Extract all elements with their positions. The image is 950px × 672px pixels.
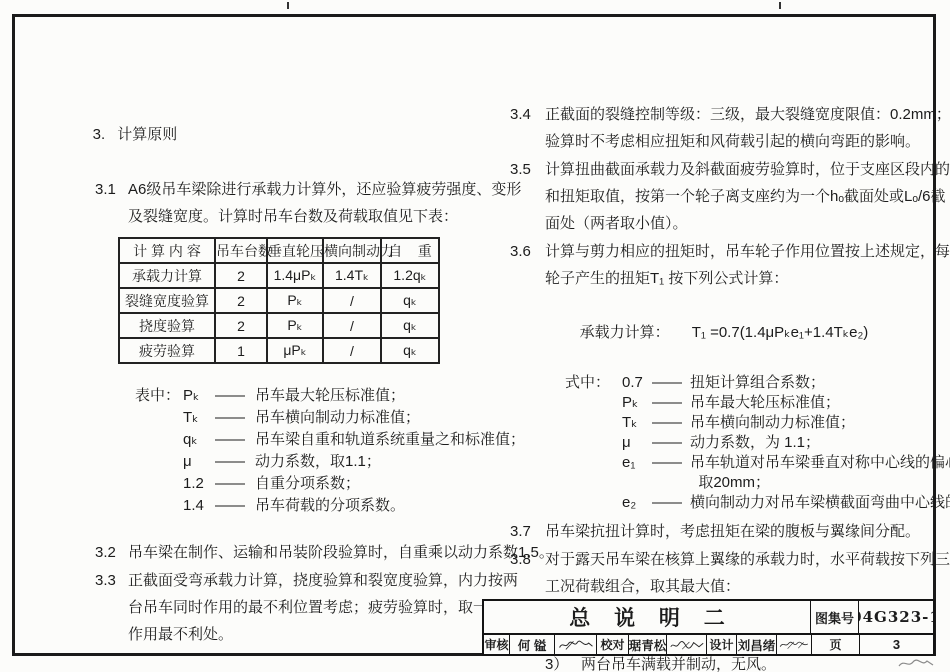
where-symbol (622, 473, 652, 493)
table-cell: 1.2qₖ (381, 263, 439, 288)
table-cell: 1.4Tₖ (323, 263, 381, 288)
atlas-number-label: 图集号 (810, 601, 858, 633)
table-header-cell: 横向制动力 (323, 238, 381, 263)
clause-number: 3.2 (95, 539, 128, 566)
legend-dash: —— (215, 429, 255, 451)
table-header-cell: 垂直轮压 (267, 238, 323, 263)
legend-text: 吊车荷载的分项系数。 (255, 495, 405, 517)
reviewer-name: 何 镒 (509, 635, 554, 654)
torque-formula: T₁ =0.7(1.4μPₖe₁+1.4Tₖe₂) (692, 324, 869, 341)
table-cell: 2 (215, 263, 267, 288)
where-symbol: μ (622, 433, 652, 453)
formula-label: 承载力计算： (580, 324, 670, 341)
table-cell: Pₖ (267, 313, 323, 338)
table-cell: 挠度验算 (119, 313, 215, 338)
clause-number: 3.7 (510, 518, 545, 545)
legend-symbol: qₖ (183, 429, 215, 451)
where-item: Tₖ —— 吊车横向制动力标准值； (622, 413, 938, 433)
where-dash: —— (652, 493, 690, 513)
clause-number: 3.6 (510, 238, 545, 292)
legend-text: 动力系数，取1.1； (255, 451, 381, 473)
where-text: 吊车轨道对吊车梁垂直对称中心线的偏心距、 (690, 453, 950, 473)
clause-number: 3.1 (95, 176, 128, 230)
title-block-top-row: 总 说 明 二 图集号 04G323-1 (484, 601, 933, 635)
registration-tick (287, 2, 289, 9)
legend-item: Tₖ —— 吊车横向制动力标准值； (183, 407, 494, 429)
where-item: Pₖ —— 吊车最大轮压标准值； (622, 393, 938, 413)
table-cell: 2 (215, 313, 267, 338)
legend-text: 自重分项系数； (255, 473, 360, 495)
text-line: 计算扭曲截面承载力及斜截面疲劳验算时，位于支座区段内的剪力 (545, 156, 938, 183)
table-header-row: 计 算 内 容吊车台数垂直轮压横向制动力自 重 (119, 238, 439, 263)
clause-3-7: 3.7 吊车梁抗扭计算时，考虑扭矩在梁的腹板与翼缘间分配。 (508, 518, 938, 545)
legend-item: Pₖ —— 吊车最大轮压标准值； (183, 385, 494, 407)
signature-scribble (778, 637, 810, 653)
where-symbol: e₂ (622, 493, 652, 513)
table-cell: 1 (215, 338, 267, 363)
where-item: μ —— 动力系数，为 1.1； (622, 433, 938, 453)
table-cell: qₖ (381, 338, 439, 363)
table-row: 挠度验算 2 Pₖ / qₖ (119, 313, 439, 338)
left-column: 3.计算原则 3.1 A6级吊车梁除进行承载力计算外，还应验算疲劳强度、变形及裂… (76, 94, 494, 648)
clause-3-6: 3.6 计算与剪力相应的扭矩时，吊车轮子作用位置按上述规定，每个轮子产生的扭矩T… (508, 238, 938, 292)
text-line: 计算与剪力相应的扭矩时，吊车轮子作用位置按上述规定，每个 (545, 238, 938, 265)
clause-text: 吊车梁抗扭计算时，考虑扭矩在梁的腹板与翼缘间分配。 (545, 518, 938, 545)
page-number: 3 (859, 635, 933, 654)
clause-number: 3.3 (95, 567, 128, 648)
legend-item: 1.2 —— 自重分项系数； (183, 473, 494, 495)
clause-3-5: 3.5 计算扭曲截面承载力及斜截面疲劳验算时，位于支座区段内的剪力和扭矩取值，按… (508, 156, 938, 237)
where-dash: —— (652, 393, 690, 413)
where-text: 横向制动力对吊车梁横截面弯曲中心线的偏心矩。 (690, 493, 950, 513)
clause-3-2: 3.2 吊车梁在制作、运输和吊装阶段验算时，自重乘以动力系数1.5。 (76, 539, 494, 566)
title-block: 总 说 明 二 图集号 04G323-1 审核 何 镒 校对 琚青松 设计 刘昌… (482, 599, 935, 656)
reviewer-signature (554, 635, 596, 654)
clause-text: 对于露天吊车梁在核算上翼缘的承载力时，水平荷载按下列三种工况荷载组合，取其最大值… (545, 546, 938, 600)
where-item: 0.7 —— 扭矩计算组合系数； (622, 373, 938, 393)
where-items: 0.7 —— 扭矩计算组合系数； Pₖ —— 吊车最大轮压标准值； Tₖ —— … (622, 373, 938, 513)
where-dash: —— (652, 373, 690, 393)
text-line: 作用最不利处。 (128, 621, 494, 648)
where-item: e₁ —— 吊车轨道对吊车梁垂直对称中心线的偏心距、 (622, 453, 938, 473)
text-line: A6级吊车梁除进行承载力计算外，还应验算疲劳强度、变形 (128, 176, 494, 203)
clause-3-8: 3.8 对于露天吊车梁在核算上翼缘的承载力时，水平荷载按下列三种工况荷载组合，取… (508, 546, 938, 600)
table-cell: 1.4μPₖ (267, 263, 323, 288)
legend-dash: —— (215, 451, 255, 473)
where-text: 取20mm； (690, 473, 770, 493)
legend-dash: —— (215, 495, 255, 517)
legend-text: 吊车横向制动力标准值； (255, 407, 420, 429)
table-row: 裂缝宽度验算 2 Pₖ / qₖ (119, 288, 439, 313)
designer-name: 刘昌绪 (736, 635, 776, 654)
title-block-bottom-row: 审核 何 镒 校对 琚青松 设计 刘昌绪 页 3 (484, 635, 933, 654)
table-row: 疲劳验算 1 μPₖ / qₖ (119, 338, 439, 363)
legend-item: 1.4 —— 吊车荷载的分项系数。 (183, 495, 494, 517)
text-line: 及裂缝宽度。计算时吊车台数及荷载取值见下表： (128, 203, 494, 230)
table-header-cell: 吊车台数 (215, 238, 267, 263)
table-cell: 疲劳验算 (119, 338, 215, 363)
load-table: 计 算 内 容吊车台数垂直轮压横向制动力自 重 承载力计算 2 1.4μPₖ 1… (118, 237, 440, 364)
clause-text: 正截面受弯承载力计算，挠度验算和裂宽度验算，内力按两台吊车同时作用的最不利位置考… (128, 567, 494, 648)
where-text: 扭矩计算组合系数； (690, 373, 825, 393)
where-dash: —— (652, 433, 690, 453)
clause-number: 3.4 (510, 101, 545, 155)
legend-items: Pₖ —— 吊车最大轮压标准值； Tₖ —— 吊车横向制动力标准值； qₖ ——… (183, 385, 494, 517)
text-line: 正截面的裂缝控制等级：三级，最大裂缝宽度限值：0.2mm； (545, 101, 938, 128)
text-line: 吊车梁抗扭计算时，考虑扭矩在梁的腹板与翼缘间分配。 (545, 518, 938, 545)
where-dash: —— (652, 413, 690, 433)
text-line: 面处（两者取小值）。 (545, 210, 938, 237)
designer-signature (776, 635, 811, 654)
table-cell: qₖ (381, 288, 439, 313)
legend-symbol: μ (183, 451, 215, 473)
table-cell: / (323, 288, 381, 313)
text-line: 和扭矩取值，按第一个轮子离支座约为一个hₒ截面处或Lₒ/6截 (545, 183, 938, 210)
where-item: e₂ —— 横向制动力对吊车梁横截面弯曲中心线的偏心矩。 (622, 493, 938, 513)
legend-dash: —— (215, 473, 255, 495)
table-header-cell: 计 算 内 容 (119, 238, 215, 263)
atlas-number: 04G323-1 (858, 601, 933, 633)
page-label: 页 (811, 635, 859, 654)
where-symbol: 0.7 (622, 373, 652, 393)
table-cell: 裂缝宽度验算 (119, 288, 215, 313)
clause-3-4: 3.4 正截面的裂缝控制等级：三级，最大裂缝宽度限值：0.2mm；验算时不考虑相… (508, 101, 938, 155)
reviewer-label: 审核 (484, 635, 509, 654)
legend-text: 吊车梁自重和轨道系统重量之和标准值； (255, 429, 525, 451)
legend-item: μ —— 动力系数，取1.1； (183, 451, 494, 473)
where-dash: —— (652, 453, 690, 473)
table-cell: / (323, 313, 381, 338)
checker-name: 琚青松 (628, 635, 666, 654)
section-heading: 3.计算原则 (76, 94, 494, 175)
where-dash (652, 473, 690, 493)
table-cell: 2 (215, 288, 267, 313)
table-legend: 表中： Pₖ —— 吊车最大轮压标准值； Tₖ —— 吊车横向制动力标准值； q… (76, 385, 494, 517)
formula-legend: 式中： 0.7 —— 扭矩计算组合系数； Pₖ —— 吊车最大轮压标准值； Tₖ… (508, 373, 938, 513)
legend-text: 吊车最大轮压标准值； (255, 385, 405, 407)
text-line: 轮子产生的扭矩T₁ 按下列公式计算： (545, 265, 938, 292)
table-body: 承载力计算 2 1.4μPₖ 1.4Tₖ 1.2qₖ 裂缝宽度验算 2 Pₖ /… (119, 263, 439, 363)
clause-number: 3.8 (510, 546, 545, 600)
where-label: 式中： (565, 373, 610, 393)
legend-symbol: Tₖ (183, 407, 215, 429)
legend-symbol: 1.2 (183, 473, 215, 495)
legend-symbol: 1.4 (183, 495, 215, 517)
where-item: 取20mm； (622, 473, 938, 493)
where-symbol: e₁ (622, 453, 652, 473)
signature-scribble (669, 637, 705, 653)
table-cell: qₖ (381, 313, 439, 338)
clause-text: 计算扭曲截面承载力及斜截面疲劳验算时，位于支座区段内的剪力和扭矩取值，按第一个轮… (545, 156, 938, 237)
right-column: 3.4 正截面的裂缝控制等级：三级，最大裂缝宽度限值：0.2mm；验算时不考虑相… (508, 100, 938, 672)
table-header-cell: 自 重 (381, 238, 439, 263)
clause-text: 吊车梁在制作、运输和吊装阶段验算时，自重乘以动力系数1.5。 (128, 539, 494, 566)
text-line: 正截面受弯承载力计算，挠度验算和裂宽度验算，内力按两 (128, 567, 494, 594)
section-title: 计算原则 (117, 126, 177, 143)
where-text: 吊车最大轮压标准值； (690, 393, 840, 413)
text-line: 吊车梁在制作、运输和吊装阶段验算时，自重乘以动力系数1.5。 (128, 539, 494, 566)
where-symbol: Tₖ (622, 413, 652, 433)
legend-dash: —— (215, 407, 255, 429)
text-line: 验算时不考虑相应扭矩和风荷载引起的横向弯距的影响。 (545, 128, 938, 155)
checker-signature (666, 635, 706, 654)
table-cell: 承载力计算 (119, 263, 215, 288)
where-text: 动力系数，为 1.1； (690, 433, 820, 453)
checker-label: 校对 (596, 635, 628, 654)
text-line: 对于露天吊车梁在核算上翼缘的承载力时，水平荷载按下列三种 (545, 546, 938, 573)
sheet-title: 总 说 明 二 (484, 601, 810, 633)
signature-scribble (557, 637, 595, 653)
legend-dash: —— (215, 385, 255, 407)
table-row: 承载力计算 2 1.4μPₖ 1.4Tₖ 1.2qₖ (119, 263, 439, 288)
text-line: 台吊车同时作用的最不利位置考虑；疲劳验算时，取一台吊车 (128, 594, 494, 621)
table-cell: μPₖ (267, 338, 323, 363)
clause-text: 正截面的裂缝控制等级：三级，最大裂缝宽度限值：0.2mm；验算时不考虑相应扭矩和… (545, 101, 938, 155)
table-cell: / (323, 338, 381, 363)
table-cell: Pₖ (267, 288, 323, 313)
clause-number: 3.5 (510, 156, 545, 237)
clause-3-3: 3.3 正截面受弯承载力计算，挠度验算和裂宽度验算，内力按两台吊车同时作用的最不… (76, 567, 494, 648)
clause-text: A6级吊车梁除进行承载力计算外，还应验算疲劳强度、变形及裂缝宽度。计算时吊车台数… (128, 176, 494, 230)
where-symbol: Pₖ (622, 393, 652, 413)
section-number: 3. (93, 126, 106, 143)
clause-3-1: 3.1 A6级吊车梁除进行承载力计算外，还应验算疲劳强度、变形及裂缝宽度。计算时… (76, 176, 494, 230)
where-text: 吊车横向制动力标准值； (690, 413, 855, 433)
legend-label: 表中： (135, 385, 180, 407)
legend-symbol: Pₖ (183, 385, 215, 407)
registration-tick (779, 2, 781, 9)
text-line: 工况荷载组合，取其最大值： (545, 573, 938, 600)
legend-item: qₖ —— 吊车梁自重和轨道系统重量之和标准值； (183, 429, 494, 451)
designer-label: 设计 (706, 635, 736, 654)
clause-text: 计算与剪力相应的扭矩时，吊车轮子作用位置按上述规定，每个轮子产生的扭矩T₁ 按下… (545, 238, 938, 292)
handwritten-page-mark (896, 657, 936, 671)
formula-row: 承载力计算：T₁ =0.7(1.4μPₖe₁+1.4Tₖe₂) (508, 292, 938, 373)
